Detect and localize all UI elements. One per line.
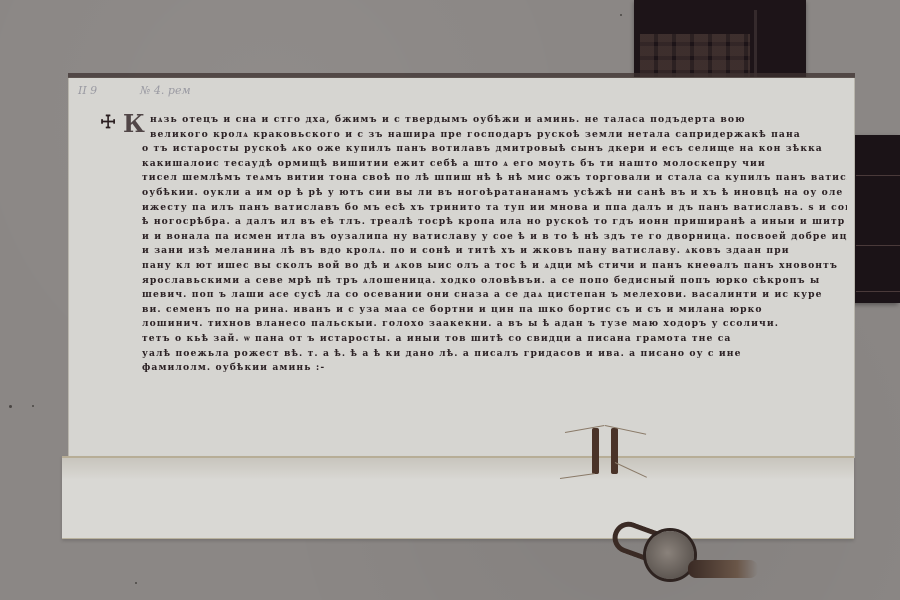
text-line: и и вонала па исмен итла въ оузалипа ну … [142,230,847,245]
board-speck [135,582,137,584]
text-line: оубѣкии. оукли а им ор ѣ рѣ у ютъ сии вы… [142,186,847,201]
text-line: ѣ ногосрѣбра. а далъ ил въ еѣ тлъ. треал… [142,215,847,230]
text-line: уалѣ поежьла рожест вѣ. т. а ѣ. ѣ а ѣ ки… [142,347,847,362]
text-line: тетъ о кьѣ зай. ѡ пана от ъ истаросты. а… [142,332,847,347]
text-line: тисел шемлѣмъ теѧмъ витии тона своѣ по л… [142,171,847,186]
invocation-cross-icon: ☩ [100,114,116,132]
pencil-annotation-right: № 4. рем [140,84,191,97]
text-line: и зани изѣ меланина лѣ въ вдо кролѧ. по … [142,244,847,259]
text-line: какишалоис тесаудѣ ормищѣ вишитии ежит с… [142,157,847,172]
seal-cord-strand [592,428,599,474]
seal-cord-strand [611,428,618,474]
text-line: лошинич. тихнов вланесо пальскыи. голохо… [142,317,847,332]
wax-seal [646,531,694,579]
text-line: О тъ истаросты рускоѣ ѧко оже купилъ пан… [142,142,847,157]
board-speck [620,14,622,16]
text-line: Великого кролѧ краковьского и с зъ нашир… [142,128,847,143]
box-line [856,245,900,246]
text-line: ижесту па илъ панъ ватиславъ бо мъ есѣ х… [142,201,847,216]
pencil-annotation-left: ІІ 9 [78,84,97,97]
text-line: пану кл ют ишес вы сколъ вой во дѣ и ѧко… [142,259,847,274]
text-line: нѧзь отецъ и сна и стго дха, бжимъ и с т… [142,113,847,128]
dark-seal-box-right [850,135,900,303]
seal-cord-tassel [688,560,758,578]
plica-fold [62,456,854,539]
charter-text: нѧзь отецъ и сна и стго дха, бжимъ и с т… [142,113,847,376]
board-speck [32,405,34,407]
text-line: ви. семенъ по на рина. иванъ и с уза маа… [142,303,847,318]
text-line: шевич. поп ъ лаши асе сусѣ ла со осевани… [142,288,847,303]
box-line [856,175,900,176]
board-speck [9,405,12,408]
box-line [856,291,900,292]
text-line: фамилолм. оубѣкии аминь :- [142,361,382,376]
text-line: ярославьскими а севе мрѣ пѣ тръ ѧлошениц… [142,274,847,289]
